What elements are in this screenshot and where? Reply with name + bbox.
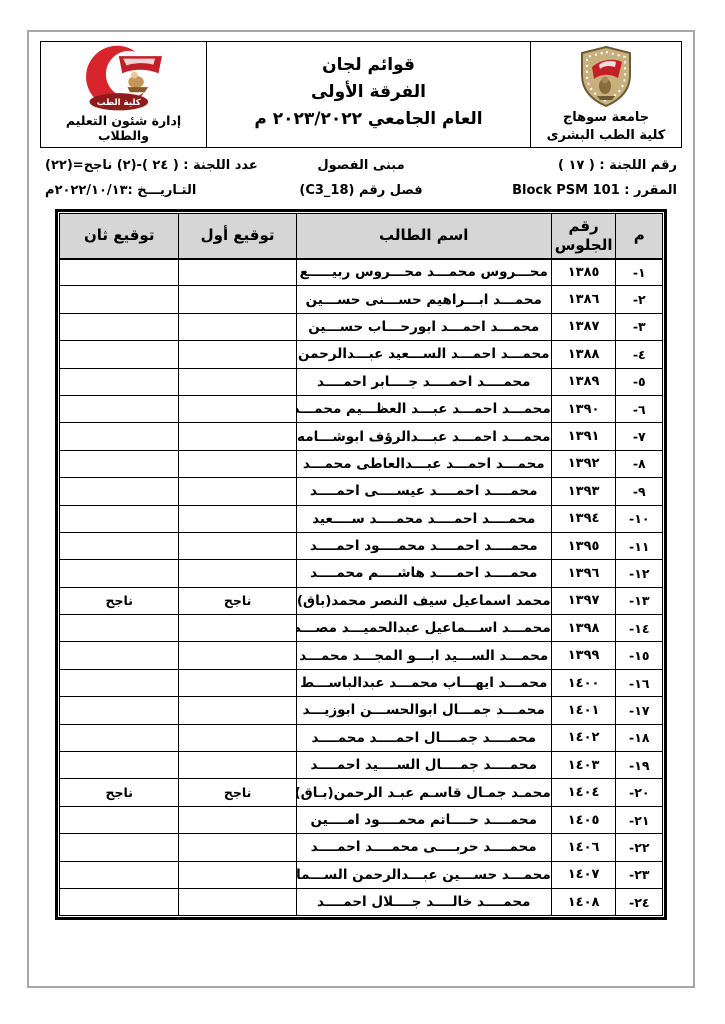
- second-signature-cell: [60, 313, 179, 340]
- seat-number: ١٣٨٨: [551, 341, 616, 368]
- table-row: ١٠- ١٣٩٤ محمــــد احمــــد محمــــد ســـ…: [60, 505, 663, 532]
- row-number: ١٣-: [616, 587, 663, 614]
- table-row: ٧- ١٣٩١ محمـــد احمـــد عبـــدالرؤف ابوش…: [60, 423, 663, 450]
- committee-count: عدد اللجنة : ( ٢٤ )-(٢) ناجح=(٢٢): [45, 158, 279, 173]
- seat-number: ١٣٩٧: [551, 587, 616, 614]
- university-emblem-icon: [575, 45, 637, 109]
- seat-number: ١٣٩٠: [551, 395, 616, 422]
- first-signature-cell: [179, 669, 296, 696]
- first-signature-cell: [179, 532, 296, 559]
- document-header: جامعة سوهاج كلية الطب البشرى قوائم لجان …: [40, 41, 682, 148]
- student-name: محمــــد حــــاتم محمــــود امــــين: [296, 806, 551, 833]
- row-number: ٢٢-: [616, 834, 663, 861]
- row-number: ١-: [616, 259, 663, 286]
- committee-number: رقم اللجنة : ( ١٧ ): [443, 158, 677, 173]
- student-name: محمــــد احمــــد عيســــى احمــــد: [296, 478, 551, 505]
- seat-number: ١٤٠٧: [551, 861, 616, 888]
- table-row: ٤- ١٣٨٨ محمـــد احمـــد الســـعيد عبـــد…: [60, 341, 663, 368]
- seat-number: ١٤٠٨: [551, 888, 616, 915]
- doc-title-line3: العام الجامعي ٢٠٢٣/٢٠٢٢ م: [207, 106, 530, 133]
- table-row: ١- ١٣٨٥ محـــروس محمـــد محـــروس ربيـــ…: [60, 259, 663, 286]
- student-name: محمـــد احمـــد الســـعيد عبـــدالرحمن: [296, 341, 551, 368]
- second-signature-cell: [60, 259, 179, 286]
- student-name: محمــــد خالــــد جــــلال احمــــد: [296, 888, 551, 915]
- table-row: ٣- ١٣٨٧ محمـــد احمـــد ابورحـــاب حســـ…: [60, 313, 663, 340]
- seat-number: ١٤٠٥: [551, 806, 616, 833]
- second-signature-cell: [60, 560, 179, 587]
- row-number: ١٠-: [616, 505, 663, 532]
- row-number: ٢٤-: [616, 888, 663, 915]
- first-signature-cell: [179, 806, 296, 833]
- student-rows: ١- ١٣٨٥ محـــروس محمـــد محـــروس ربيـــ…: [60, 259, 663, 916]
- administration-cell: جامعة سوهاج كلية الطب إدارة شئون التعليم…: [40, 41, 206, 148]
- doc-title-line1: قوائم لجان: [207, 52, 530, 79]
- seat-number: ١٤٠٤: [551, 779, 616, 806]
- table-row: ٦- ١٣٩٠ محمـــد احمـــد عبـــد العظـــيم…: [60, 395, 663, 422]
- second-signature-cell: [60, 888, 179, 915]
- row-number: ٢١-: [616, 806, 663, 833]
- table-row: ١٦- ١٤٠٠ محمـــد ايهـــاب محمـــد عبدالب…: [60, 669, 663, 696]
- seat-number: ١٣٨٧: [551, 313, 616, 340]
- student-name: محمـــد جمـــال ابوالحســـن ابوزيـــد: [296, 697, 551, 724]
- row-number: ١٤-: [616, 615, 663, 642]
- row-number: ١٨-: [616, 724, 663, 751]
- seat-number: ١٤٠٠: [551, 669, 616, 696]
- svg-text:جامعة سوهاج: جامعة سوهاج: [60, 44, 96, 56]
- first-signature-cell: [179, 697, 296, 724]
- table-row: ٢٢- ١٤٠٦ محمــــد حربــــى محمــــد احمـ…: [60, 834, 663, 861]
- second-signature-cell: [60, 368, 179, 395]
- second-signature-cell: [60, 478, 179, 505]
- committee-info: رقم اللجنة : ( ١٧ ) مبنى الفصول عدد اللج…: [45, 153, 677, 203]
- row-number: ٢-: [616, 286, 663, 313]
- second-signature-cell: [60, 697, 179, 724]
- second-signature-cell: [60, 642, 179, 669]
- first-signature-cell: [179, 505, 296, 532]
- seat-number: ١٣٨٩: [551, 368, 616, 395]
- second-signature-cell: [60, 532, 179, 559]
- header-index: م: [616, 214, 663, 259]
- row-number: ٩-: [616, 478, 663, 505]
- table-row: ٢٣- ١٤٠٧ محمـــد حســـين عبـــدالرحمن ال…: [60, 861, 663, 888]
- header-seat-number: رقم الجلوس: [551, 214, 616, 259]
- table-row: ١٥- ١٣٩٩ محمـــد الســـيد ابـــو المجـــ…: [60, 642, 663, 669]
- first-signature-cell: [179, 642, 296, 669]
- svg-text:كلية الطب: كلية الطب: [96, 98, 140, 108]
- second-signature-cell: [60, 806, 179, 833]
- seat-number: ١٤٠٣: [551, 752, 616, 779]
- second-signature-cell: [60, 724, 179, 751]
- second-signature-cell: [60, 286, 179, 313]
- table-row: ٢١- ١٤٠٥ محمــــد حــــاتم محمــــود امـ…: [60, 806, 663, 833]
- second-signature-cell: [60, 615, 179, 642]
- student-name: محمـــد احمـــد عبـــد العظـــيم محمـــد: [296, 395, 551, 422]
- student-name: محمــــد احمــــد محمــــد ســــعيد: [296, 505, 551, 532]
- table-row: ٢- ١٣٨٦ محمـــد ابـــراهيم حســـنى حســـ…: [60, 286, 663, 313]
- first-signature-cell: [179, 423, 296, 450]
- student-name: محمــــد حربــــى محمــــد احمــــد: [296, 834, 551, 861]
- student-name: محمــــد احمــــد محمــــود احمــــد: [296, 532, 551, 559]
- seat-number: ١٤٠٢: [551, 724, 616, 751]
- row-number: ٢٣-: [616, 861, 663, 888]
- student-name: محمـــد احمـــد عبـــدالعاطى محمـــد: [296, 450, 551, 477]
- first-signature-cell: [179, 341, 296, 368]
- first-signature-cell: [179, 395, 296, 422]
- row-number: ٧-: [616, 423, 663, 450]
- first-signature-cell: [179, 834, 296, 861]
- table-row: ١٧- ١٤٠١ محمـــد جمـــال ابوالحســـن ابو…: [60, 697, 663, 724]
- faculty-crescent-logo-icon: جامعة سوهاج كلية الطب: [60, 44, 188, 113]
- first-signature-cell: [179, 888, 296, 915]
- table-row: ١٢- ١٣٩٦ محمــــد احمــــد هاشــــم محمـ…: [60, 560, 663, 587]
- header-first-signature: توقيع أول: [179, 214, 296, 259]
- roster-header: م رقم الجلوس اسم الطالب توقيع أول توقيع …: [60, 214, 663, 259]
- row-number: ٥-: [616, 368, 663, 395]
- university-name: جامعة سوهاج: [563, 109, 649, 127]
- student-name: محمـد جمـال قاسـم عبـد الرحمن(بـاق): [296, 779, 551, 806]
- second-signature-cell: [60, 341, 179, 368]
- seat-number: ١٣٩١: [551, 423, 616, 450]
- roster-table-frame: م رقم الجلوس اسم الطالب توقيع أول توقيع …: [55, 209, 667, 920]
- student-name: محمـــد ايهـــاب محمـــد عبدالباســـط: [296, 669, 551, 696]
- second-signature-cell: ناجح: [60, 587, 179, 614]
- second-signature-cell: [60, 834, 179, 861]
- header-second-signature: توقيع ثان: [60, 214, 179, 259]
- committee-info-row1: رقم اللجنة : ( ١٧ ) مبنى الفصول عدد اللج…: [45, 153, 677, 178]
- exam-date: التـاريـــخ :٢٠٢٢/١٠/١٣م: [45, 183, 279, 198]
- second-signature-cell: [60, 423, 179, 450]
- second-signature-cell: [60, 505, 179, 532]
- first-signature-cell: [179, 259, 296, 286]
- second-signature-cell: ناجح: [60, 779, 179, 806]
- doc-title-line2: الفرقة الأولى: [207, 79, 530, 106]
- student-name: محمـــد اســـماعيل عبدالحميـــد مصـــطفى: [296, 615, 551, 642]
- row-number: ١٥-: [616, 642, 663, 669]
- first-signature-cell: [179, 615, 296, 642]
- student-name: محمد اسماعيل سيف النصر محمد(باق): [296, 587, 551, 614]
- first-signature-cell: ناجح: [179, 587, 296, 614]
- first-signature-cell: ناجح: [179, 779, 296, 806]
- table-row: ١٨- ١٤٠٢ محمــــد جمــــال احمــــد محمـ…: [60, 724, 663, 751]
- student-name: محمـــد احمـــد ابورحـــاب حســـين: [296, 313, 551, 340]
- first-signature-cell: [179, 861, 296, 888]
- seat-number: ١٣٩٤: [551, 505, 616, 532]
- student-name: محمـــد الســـيد ابـــو المجـــد محمـــد: [296, 642, 551, 669]
- header-student-name: اسم الطالب: [296, 214, 551, 259]
- second-signature-cell: [60, 669, 179, 696]
- seat-number: ١٣٩٢: [551, 450, 616, 477]
- first-signature-cell: [179, 724, 296, 751]
- student-name: محمــــد احمــــد هاشــــم محمــــد: [296, 560, 551, 587]
- seat-number: ١٣٩٨: [551, 615, 616, 642]
- seat-number: ١٤٠٦: [551, 834, 616, 861]
- row-number: ٦-: [616, 395, 663, 422]
- seat-number: ١٣٩٦: [551, 560, 616, 587]
- seat-number: ١٣٩٣: [551, 478, 616, 505]
- committee-info-row2: المقرر : Block PSM 101 فصل رقم (C3_18) ا…: [45, 178, 677, 203]
- student-roster-table: م رقم الجلوس اسم الطالب توقيع أول توقيع …: [59, 213, 663, 916]
- administration-caption: إدارة شئون التعليم والطلاب: [43, 113, 204, 143]
- table-row: ١٤- ١٣٩٨ محمـــد اســـماعيل عبدالحميـــد…: [60, 615, 663, 642]
- table-row: ١٩- ١٤٠٣ محمــــد جمــــال الســــيد احم…: [60, 752, 663, 779]
- first-signature-cell: [179, 478, 296, 505]
- student-name: محمـــد حســـين عبـــدالرحمن الســـمان: [296, 861, 551, 888]
- second-signature-cell: [60, 450, 179, 477]
- first-signature-cell: [179, 560, 296, 587]
- document-page: جامعة سوهاج كلية الطب البشرى قوائم لجان …: [27, 30, 695, 988]
- table-row: ١١- ١٣٩٥ محمــــد احمــــد محمــــود احم…: [60, 532, 663, 559]
- second-signature-cell: [60, 395, 179, 422]
- seat-number: ١٣٩٩: [551, 642, 616, 669]
- faculty-name: كلية الطب البشرى: [547, 127, 666, 145]
- seat-number: ١٣٩٥: [551, 532, 616, 559]
- row-number: ١٦-: [616, 669, 663, 696]
- table-row: ٥- ١٣٨٩ محمــــد احمــــد جــــابر احمــ…: [60, 368, 663, 395]
- seat-number: ١٣٨٦: [551, 286, 616, 313]
- student-name: محمــــد جمــــال احمــــد محمــــد: [296, 724, 551, 751]
- table-row: ٨- ١٣٩٢ محمـــد احمـــد عبـــدالعاطى محم…: [60, 450, 663, 477]
- student-name: محمــــد جمــــال الســــيد احمــــد: [296, 752, 551, 779]
- university-cell: جامعة سوهاج كلية الطب البشرى: [530, 41, 682, 148]
- row-number: ١٩-: [616, 752, 663, 779]
- seat-number: ١٣٨٥: [551, 259, 616, 286]
- table-row: ١٣- ١٣٩٧ محمد اسماعيل سيف النصر محمد(باق…: [60, 587, 663, 614]
- row-number: ١١-: [616, 532, 663, 559]
- student-name: محمـــد ابـــراهيم حســـنى حســـين: [296, 286, 551, 313]
- second-signature-cell: [60, 861, 179, 888]
- student-name: محمــــد احمــــد جــــابر احمــــد: [296, 368, 551, 395]
- room-number: فصل رقم (C3_18): [279, 183, 443, 198]
- first-signature-cell: [179, 368, 296, 395]
- table-row: ٢٠- ١٤٠٤ محمـد جمـال قاسـم عبـد الرحمن(ب…: [60, 779, 663, 806]
- table-row: ٢٤- ١٤٠٨ محمــــد خالــــد جــــلال احمـ…: [60, 888, 663, 915]
- row-number: ٢٠-: [616, 779, 663, 806]
- row-number: ١٢-: [616, 560, 663, 587]
- building-name: مبنى الفصول: [279, 158, 443, 173]
- row-number: ٤-: [616, 341, 663, 368]
- seat-number: ١٤٠١: [551, 697, 616, 724]
- first-signature-cell: [179, 286, 296, 313]
- first-signature-cell: [179, 450, 296, 477]
- roster-header-row: م رقم الجلوس اسم الطالب توقيع أول توقيع …: [60, 214, 663, 259]
- course-code: المقرر : Block PSM 101: [443, 183, 677, 198]
- student-name: محـــروس محمـــد محـــروس ربيـــــع: [296, 259, 551, 286]
- row-number: ١٧-: [616, 697, 663, 724]
- second-signature-cell: [60, 752, 179, 779]
- first-signature-cell: [179, 313, 296, 340]
- row-number: ٨-: [616, 450, 663, 477]
- title-cell: قوائم لجان الفرقة الأولى العام الجامعي ٢…: [206, 41, 530, 148]
- student-name: محمـــد احمـــد عبـــدالرؤف ابوشـــامه: [296, 423, 551, 450]
- table-row: ٩- ١٣٩٣ محمــــد احمــــد عيســــى احمــ…: [60, 478, 663, 505]
- row-number: ٣-: [616, 313, 663, 340]
- first-signature-cell: [179, 752, 296, 779]
